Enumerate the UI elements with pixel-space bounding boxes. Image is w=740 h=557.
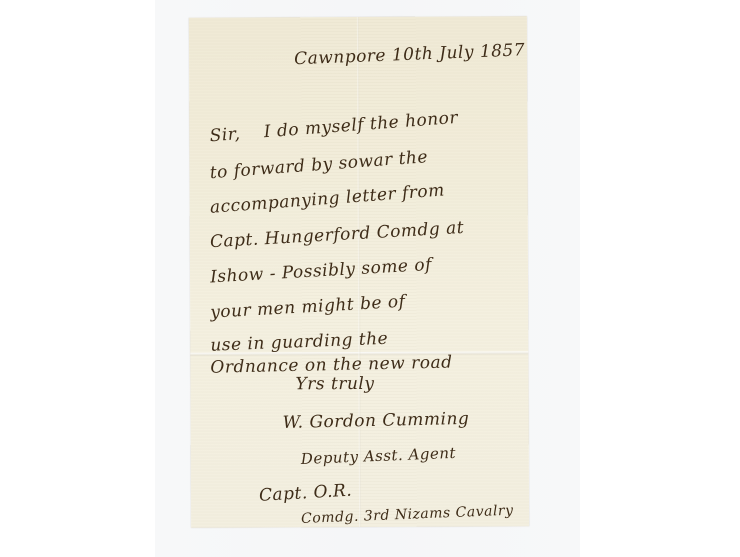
body-line: I do myself the honor [263, 108, 458, 142]
body-line: Capt. Hungerford Comdg at [209, 218, 464, 252]
addressee-unit: Comdg. 3rd Nizams Cavalry [301, 503, 514, 527]
body-line: your men might be of [210, 292, 406, 323]
body-line: to forward by sowar the [209, 147, 429, 183]
letter-page: Cawnpore 10th July 1857 Sir, I do myself… [189, 16, 529, 527]
body-line: accompanying letter from [209, 180, 445, 217]
salutation-and-first-line: Sir, I do myself the honor [209, 108, 459, 146]
signature: W. Gordon Cumming [282, 409, 469, 433]
body-line: Ishow - Possibly some of [210, 255, 433, 288]
addressee-name: Capt. O.R. [258, 481, 352, 506]
signature-title: Deputy Asst. Agent [301, 444, 457, 468]
closing: Yrs truly [295, 374, 374, 394]
salutation: Sir, [209, 124, 241, 146]
dateline: Cawnpore 10th July 1857 [294, 40, 526, 69]
